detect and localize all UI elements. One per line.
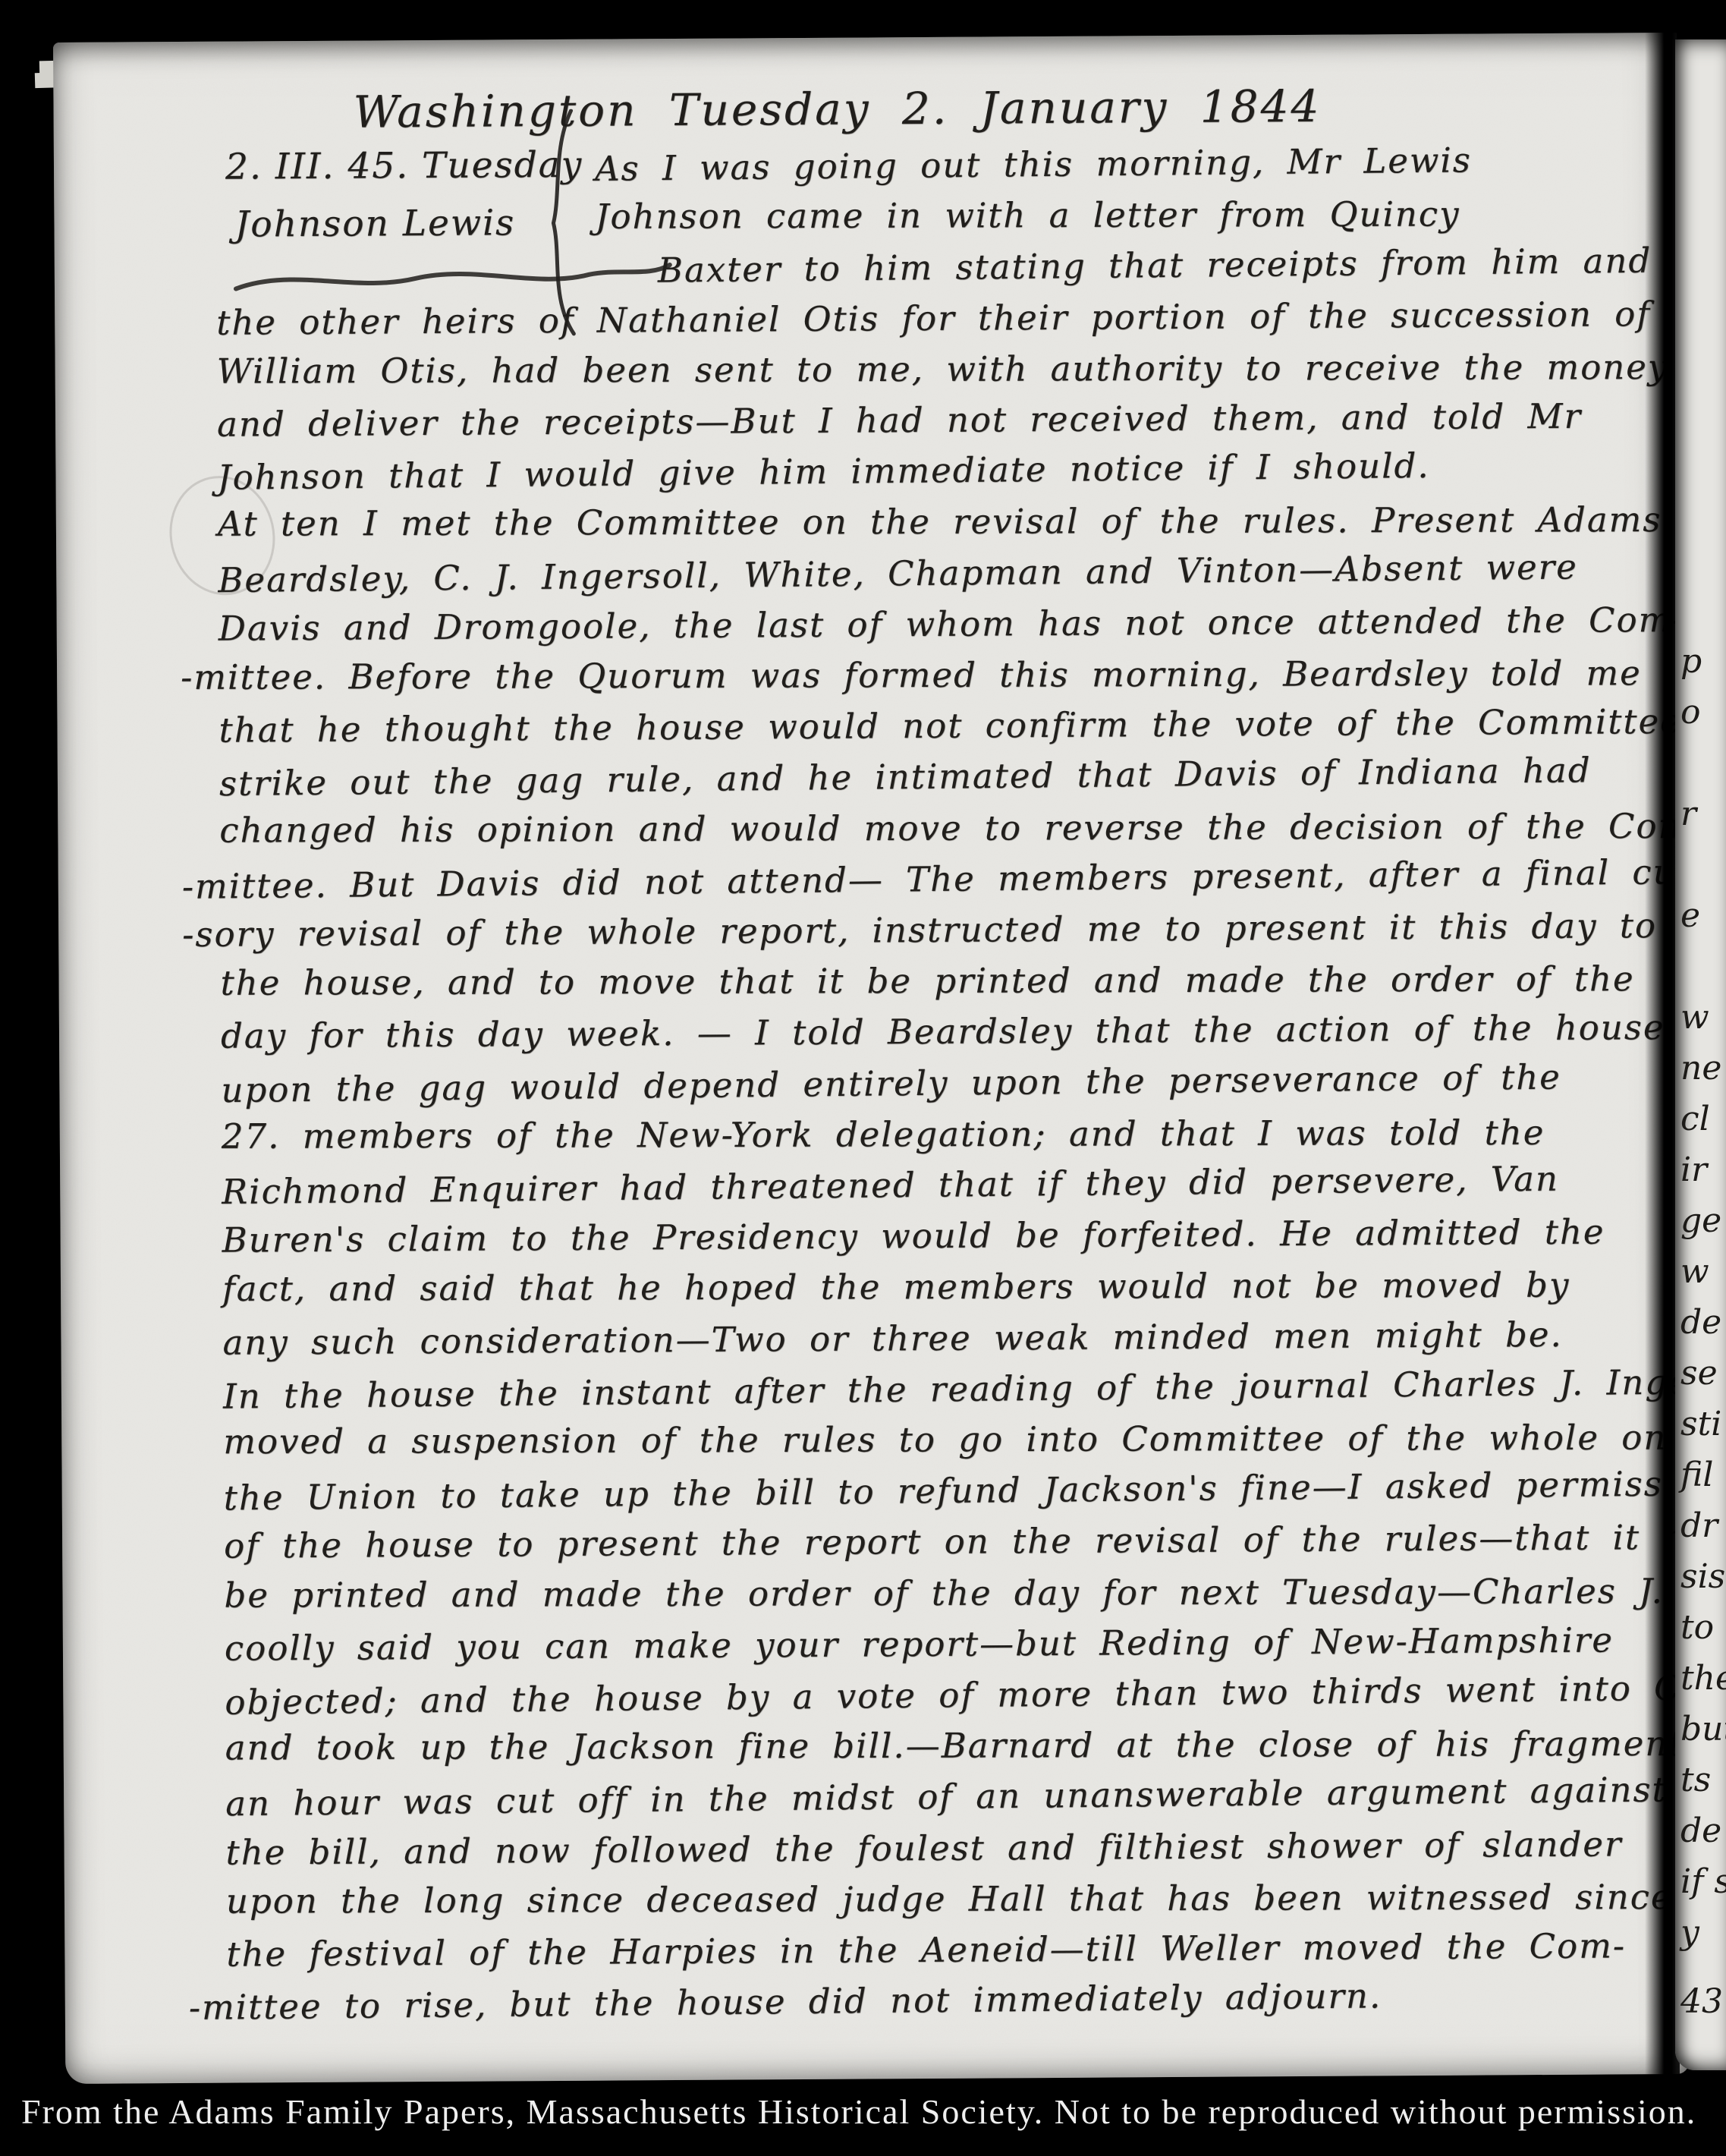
facing-page-fragment: ne: [1680, 1049, 1721, 1087]
manuscript-line: As I was going out this morning, Mr Lewi…: [595, 140, 1472, 188]
facing-page-fragment: sti: [1680, 1405, 1721, 1443]
manuscript-line: and took up the Jackson fine bill.—Barna…: [225, 1723, 1690, 1768]
dateline: Washington Tuesday 2. January 1844: [353, 80, 1321, 138]
facing-page-fragment: if s: [1680, 1862, 1726, 1901]
facing-page-fragment: cl: [1680, 1100, 1710, 1138]
archive-credit-caption: From the Adams Family Papers, Massachuse…: [21, 2091, 1710, 2132]
manuscript-line: -mittee to rise, but the house did not i…: [189, 1975, 1382, 2028]
manuscript-line: that he thought the house would not conf…: [219, 700, 1689, 750]
facing-page-sliver: p o r e w ne cl ir ge w de se sti fil dr…: [1675, 39, 1726, 2070]
facing-page-fragment: p: [1680, 642, 1702, 681]
facing-page-fragment: r: [1680, 795, 1696, 833]
manuscript-line: 27. members of the New-York delegation; …: [222, 1113, 1545, 1157]
manuscript-line: -mittee. Before the Quorum was formed th…: [181, 653, 1642, 697]
facing-page-fragment: sis: [1680, 1557, 1725, 1596]
manuscript-line: -mittee. But Davis did not attend— The m…: [182, 851, 1690, 907]
manuscript-line: coolly said you can make your report—but…: [225, 1619, 1614, 1668]
manuscript-line: Buren's claim to the Presidency would be…: [222, 1212, 1605, 1261]
manuscript-line: any such consideration—Two or three weak…: [222, 1314, 1563, 1363]
manuscript-line: and deliver the receipts—But I had not r…: [217, 396, 1582, 445]
facing-page-fragment: ge: [1680, 1201, 1721, 1240]
manuscript-line: fact, and said that he hoped the members…: [222, 1265, 1570, 1309]
facing-page-fragment: se: [1680, 1354, 1718, 1393]
manuscript-line: At ten I met the Committee on the revisa…: [218, 499, 1662, 544]
manuscript-line: Johnson came in with a letter from Quinc…: [595, 194, 1460, 236]
facing-page-fragment: e: [1680, 896, 1700, 935]
manuscript-line: moved a suspension of the rules to go in…: [223, 1416, 1689, 1462]
margin-note-line2: Johnson Lewis: [234, 202, 515, 245]
facing-page-fragment: dr: [1680, 1506, 1718, 1545]
manuscript-page: Washington Tuesday 2. January 1844 2. II…: [53, 33, 1689, 2084]
manuscript-line: Johnson that I would give him immediate …: [217, 445, 1430, 498]
manuscript-line: an hour was cut off in the midst of an u…: [225, 1769, 1668, 1824]
manuscript-line: of the house to present the report on th…: [224, 1516, 1689, 1566]
manuscript-line: -sory revisal of the whole report, instr…: [182, 905, 1657, 955]
manuscript-line: upon the gag would depend entirely upon …: [221, 1056, 1561, 1110]
manuscript-line: changed his opinion and would move to re…: [219, 806, 1689, 851]
manuscript-line: the bill, and now followed the foulest a…: [225, 1824, 1622, 1872]
scanned-diary-page: Washington Tuesday 2. January 1844 2. II…: [0, 0, 1726, 2156]
manuscript-line: the Union to take up the bill to refund …: [223, 1463, 1689, 1519]
manuscript-line: the festival of the Harpies in the Aenei…: [226, 1925, 1626, 1974]
manuscript-line: Beardsley, C. J. Ingersoll, White, Chapm…: [218, 546, 1578, 600]
manuscript-line: objected; and the house by a vote of mor…: [225, 1666, 1689, 1722]
manuscript-line: Davis and Dromgoole, the last of whom ha…: [219, 600, 1686, 649]
manuscript-line: the other heirs of Nathaniel Otis for th…: [216, 294, 1651, 343]
manuscript-line: upon the long since deceased judge Hall …: [226, 1877, 1673, 1922]
manuscript-line: be printed and made the order of the day…: [224, 1571, 1664, 1616]
facing-page-fragment: but: [1680, 1710, 1726, 1748]
facing-page-fragment: 43: [1680, 1982, 1723, 2021]
manuscript-line: day for this day week. — I told Beardsle…: [221, 1007, 1665, 1056]
manuscript-line: the house, and to move that it be printe…: [221, 958, 1635, 1003]
facing-page-fragment: w: [1680, 1252, 1709, 1291]
facing-page-fragment: de: [1680, 1811, 1721, 1850]
manuscript-line: William Otis, had been sent to me, with …: [217, 347, 1669, 392]
manuscript-line: Baxter to him stating that receipts from…: [658, 241, 1652, 291]
facing-page-fragment: y: [1680, 1913, 1699, 1952]
manuscript-line: strike out the gag rule, and he intimate…: [219, 750, 1592, 804]
facing-page-fragment: ir: [1680, 1150, 1707, 1189]
manuscript-line: In the house the instant after the readi…: [223, 1361, 1690, 1416]
margin-underline-squiggle: [233, 256, 673, 301]
facing-page-fragment: w: [1680, 998, 1709, 1037]
margin-note-line1: 2. III. 45. Tuesday: [225, 144, 583, 188]
facing-page-fragment: fil: [1680, 1456, 1713, 1494]
manuscript-line: Richmond Enquirer had threatened that if…: [222, 1159, 1559, 1213]
facing-page-fragment: to: [1680, 1608, 1714, 1647]
facing-page-fragment: the: [1680, 1659, 1726, 1698]
facing-page-fragment: o: [1680, 693, 1701, 732]
facing-page-fragment: de: [1680, 1303, 1721, 1342]
facing-page-fragment: ts: [1680, 1761, 1711, 1799]
